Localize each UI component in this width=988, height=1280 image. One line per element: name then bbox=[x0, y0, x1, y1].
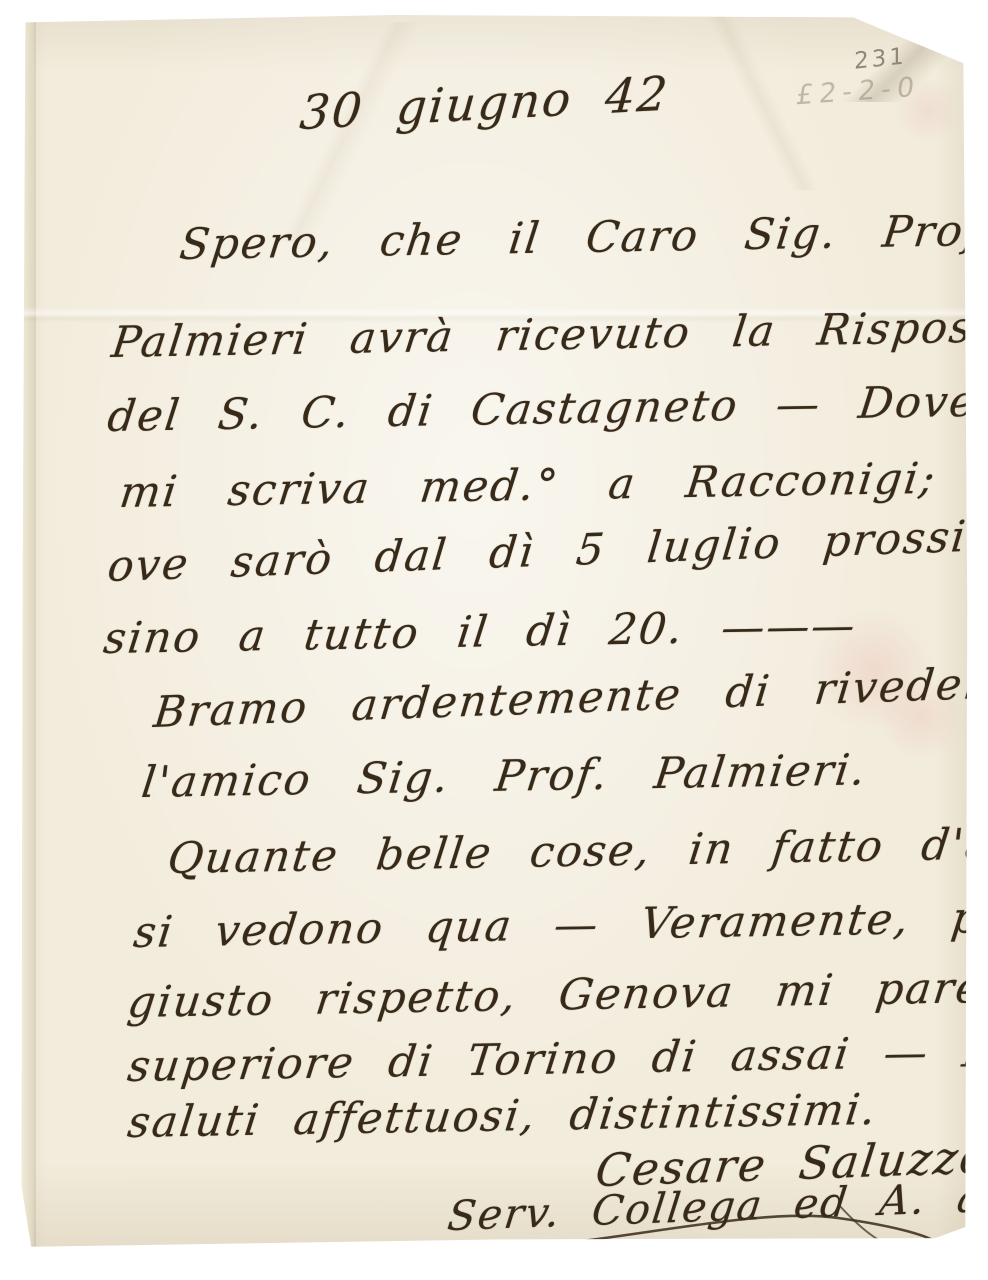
letter-line-11: giusto rispetto, Genova mi pare bbox=[125, 963, 986, 1028]
letter-line-8: l'amico Sig. Prof. Palmieri. bbox=[139, 745, 870, 808]
letter-line-9: Quante belle cose, in fatto d'arti, bbox=[165, 818, 988, 884]
pencil-number-annotation: 231 bbox=[854, 43, 907, 75]
letter-line-4: mi scriva med.° a Racconigi; bbox=[117, 454, 939, 518]
letter-line-10: si vedono qua — Veramente, per bbox=[131, 892, 988, 958]
letter-photo: 231 £2-2-0 30 giugno 42 Spero, che il Ca… bbox=[0, 0, 988, 1280]
letter-sheet: 231 £2-2-0 30 giugno 42 Spero, che il Ca… bbox=[8, 10, 974, 1248]
letter-line-12: superiore di Torino di assai — Mille bbox=[125, 1025, 988, 1092]
letter-line-5: ove sarò dal dì 5 luglio prossimo bbox=[105, 509, 988, 592]
letter-line-3: del S. C. di Castagneto — Dove no, bbox=[105, 375, 988, 442]
letter-line-7: Bramo ardentemente di rivedere bbox=[151, 658, 988, 738]
letter-line-6: sino a tutto il dì 20. ——— bbox=[101, 601, 860, 664]
fold-edge bbox=[8, 10, 36, 1248]
